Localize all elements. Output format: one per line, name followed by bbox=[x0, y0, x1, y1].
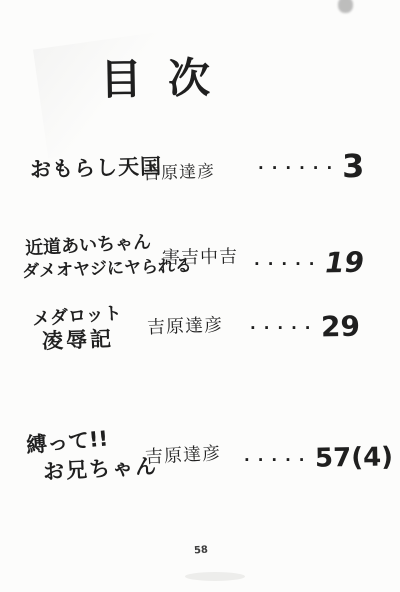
entry-author: 害吉中吉 bbox=[162, 242, 238, 269]
scan-smudge-bottom bbox=[185, 572, 245, 581]
toc-page: 目次 おもらし天国 吉原達彦 ······ 3 近道あいちゃん ダメオヤジにヤら… bbox=[0, 0, 400, 592]
leader-dots: ····· bbox=[250, 319, 319, 337]
entry-page-number: 19 bbox=[324, 245, 364, 279]
entry-page-ref: ····· 57(4) bbox=[244, 440, 393, 476]
leader-dots: ······ bbox=[258, 159, 340, 177]
entry-page-ref: ····· 29 bbox=[250, 308, 359, 344]
entry-title-line2: 凌辱記 bbox=[41, 323, 114, 355]
scan-smudge-top-edge bbox=[338, 0, 353, 13]
entry-page-ref: ····· 19 bbox=[254, 244, 363, 280]
entry-page-ref: ······ 3 bbox=[258, 146, 364, 186]
entry-page-number: 29 bbox=[320, 309, 360, 343]
leader-dots: ····· bbox=[254, 255, 323, 273]
entry-page-number: 3 bbox=[342, 147, 365, 185]
entry-author: 吉原達彦 bbox=[144, 439, 221, 469]
folio-page-number: 58 bbox=[194, 545, 209, 557]
page-title: 目次 bbox=[99, 45, 236, 107]
entry-title-line2: お兄ちゃん bbox=[42, 450, 158, 486]
entry-author: 吉原達彦 bbox=[147, 311, 224, 340]
entry-page-number: 57(4) bbox=[314, 442, 393, 473]
entry-author: 吉原達彦 bbox=[143, 157, 216, 184]
leader-dots: ····· bbox=[244, 451, 313, 469]
